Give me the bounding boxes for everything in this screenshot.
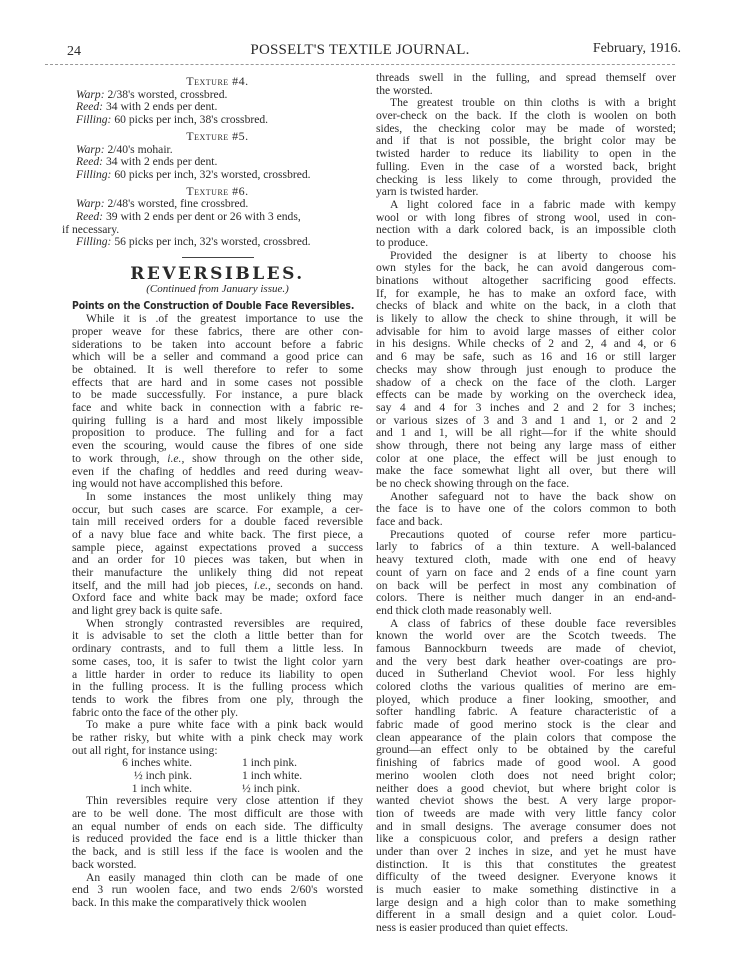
spec-value: 39 with 2 ends per dent or 26 with 3 end… bbox=[103, 210, 301, 223]
spec-label: Filling: bbox=[76, 235, 111, 248]
text-line: colored cloths the various qualities of … bbox=[376, 681, 676, 694]
text-line: colors. There is neither much danger in … bbox=[376, 592, 676, 605]
text-line: out all right, for instance using: bbox=[72, 745, 363, 758]
text-line: checks may show through just enough to p… bbox=[376, 364, 676, 377]
text-line: A light colored face in a fabric made wi… bbox=[376, 199, 676, 212]
spec-value: 60 picks per inch, 32's worsted, crossbr… bbox=[111, 168, 310, 181]
text-line: yarn is twisted harder. bbox=[376, 186, 676, 199]
texture-spec-line: Filling: 56 picks per inch, 32's worsted… bbox=[72, 236, 363, 249]
texture-spec-line: Reed: 39 with 2 ends per dent or 26 with… bbox=[72, 211, 363, 224]
spec-label: Filling: bbox=[76, 113, 111, 126]
text-line: be obtained. It is well therefore to ref… bbox=[72, 364, 363, 377]
text-line: binations without altogether sacrificing… bbox=[376, 275, 676, 288]
text-line: finishing of fabrics made of good wool. … bbox=[376, 757, 676, 770]
check-table-cell: ½ inch pink. bbox=[106, 770, 242, 783]
spec-label: Reed: bbox=[76, 210, 103, 223]
text-line: wanted cheviot shows the best. A very la… bbox=[376, 795, 676, 808]
spec-value: 2/38's worsted, crossbred. bbox=[105, 88, 228, 101]
text-line: ordinary contrasts, and to full them a l… bbox=[72, 643, 363, 656]
check-size-table: 6 inches white.1 inch pink.½ inch pink.1… bbox=[106, 757, 363, 795]
text-line: tion of tweeds are made with very little… bbox=[376, 808, 676, 821]
section-divider bbox=[182, 257, 254, 258]
spec-value: 34 with 2 ends per dent. bbox=[103, 100, 217, 113]
section-heading: Points on the Construction of Double Fac… bbox=[72, 300, 363, 313]
text-line: under than over 2 inches in size, and ye… bbox=[376, 846, 676, 859]
text-line: heavy textured cloth, made with one end … bbox=[376, 554, 676, 567]
text-line: merino woolen cloth does not need bright… bbox=[376, 770, 676, 783]
text-line: show through, there not being any large … bbox=[376, 440, 676, 453]
spec-label: Warp: bbox=[76, 88, 105, 101]
right-column: threads swell in the fulling, and spread… bbox=[376, 72, 676, 935]
page-header: 24 POSSELT'S TEXTILE JOURNAL. February, … bbox=[45, 36, 675, 56]
issue-date: February, 1916. bbox=[593, 41, 681, 57]
text-line: end thick cloth made reasonably well. bbox=[376, 605, 676, 618]
left-body-text: While it is .of the greatest importance … bbox=[72, 313, 363, 757]
spec-value: 56 picks per inch, 32's worsted, crossbr… bbox=[111, 235, 310, 248]
spec-label: Filling: bbox=[76, 168, 111, 181]
text-line: In some instances the most unlikely thin… bbox=[72, 491, 363, 504]
text-line: over-check on the back. If the cloth is … bbox=[376, 110, 676, 123]
spec-value: 34 with 2 ends per dent. bbox=[103, 155, 217, 168]
text-line: end 3 run woolen face, and two ends 2/60… bbox=[72, 884, 363, 897]
text-line: face and back. bbox=[376, 516, 676, 529]
spec-label: Warp: bbox=[76, 143, 105, 156]
text-line: tends to work the fibres from one ply, t… bbox=[72, 694, 363, 707]
texture-spec-line: Filling: 60 picks per inch, 32's worsted… bbox=[72, 169, 363, 182]
text-line: threads swell in the fulling, and spread… bbox=[376, 72, 676, 85]
text-line: of a navy blue face and white back. The … bbox=[72, 529, 363, 542]
texture-spec-line: Filling: 60 picks per inch, 38's crossbr… bbox=[72, 114, 363, 127]
text-line: is likely to allow the check to shine th… bbox=[376, 313, 676, 326]
text-line: their manufacture the unlikely thing did… bbox=[72, 567, 363, 580]
text-line: back worsted. bbox=[72, 859, 363, 872]
article-title: REVERSIBLES. bbox=[72, 268, 363, 281]
text-line: to produce. bbox=[376, 237, 676, 250]
text-line: ing would not have accomplished this bef… bbox=[72, 478, 363, 491]
header-rule bbox=[45, 64, 675, 65]
spec-label: Warp: bbox=[76, 197, 105, 210]
text-line: count of yarn on face and 2 ends of a fi… bbox=[376, 567, 676, 580]
text-line: be no check showing through on the face. bbox=[376, 478, 676, 491]
text-line: twisted harder to reduce its liability t… bbox=[376, 148, 676, 161]
text-line: effects can be made by working on the ov… bbox=[376, 389, 676, 402]
right-body-text: threads swell in the fulling, and spread… bbox=[376, 72, 676, 935]
texture-specs: Texture #4.Warp: 2/38's worsted, crossbr… bbox=[72, 75, 363, 249]
text-line: are to be well done. The most difficult … bbox=[72, 808, 363, 821]
text-line: is much easier to make something distinc… bbox=[376, 884, 676, 897]
text-line: the back, and is still less if the face … bbox=[72, 846, 363, 859]
text-line: even the scouring, would cause the fibre… bbox=[72, 440, 363, 453]
texture-heading: Texture #6. bbox=[72, 185, 363, 198]
text-line: fulling. Even in the case of a worsted b… bbox=[376, 161, 676, 174]
spec-value: 2/40's mohair. bbox=[105, 143, 173, 156]
text-line: famous Bannockburn tweeds are made of ch… bbox=[376, 643, 676, 656]
article-subtitle: (Continued from January issue.) bbox=[72, 283, 363, 296]
text-line: fabric made of good merino stock is the … bbox=[376, 719, 676, 732]
journal-page: 24 POSSELT'S TEXTILE JOURNAL. February, … bbox=[0, 0, 746, 968]
texture-heading: Texture #5. bbox=[72, 130, 363, 143]
spec-label: Reed: bbox=[76, 155, 103, 168]
left-body-text-continued: Thin reversibles require very close atte… bbox=[72, 795, 363, 909]
check-table-cell: 1 inch white. bbox=[242, 770, 362, 783]
text-line: be rather risky, but white with a pink c… bbox=[72, 732, 363, 745]
texture-heading: Texture #4. bbox=[72, 75, 363, 88]
spec-value: 2/48's worsted, fine crossbred. bbox=[105, 197, 249, 210]
text-line: ness is easier produced than quiet effec… bbox=[376, 922, 676, 935]
journal-title: POSSELT'S TEXTILE JOURNAL. bbox=[45, 42, 675, 59]
text-line: back. In this make the comparatively thi… bbox=[72, 897, 363, 910]
text-line: in the fulling process. It is the fullin… bbox=[72, 681, 363, 694]
spec-value: 60 picks per inch, 38's crossbred. bbox=[111, 113, 268, 126]
left-column: Texture #4.Warp: 2/38's worsted, crossbr… bbox=[72, 72, 363, 910]
text-line: proper weave for these fabrics, there ar… bbox=[72, 326, 363, 339]
spec-label: Reed: bbox=[76, 100, 103, 113]
text-line: some cases, too, it is safer to twist th… bbox=[72, 656, 363, 669]
text-line: and 6 may be safe, such as 16 and 16 or … bbox=[376, 351, 676, 364]
text-line: face and white back in connection with a… bbox=[72, 402, 363, 415]
text-line: and light grey back is quite safe. bbox=[72, 605, 363, 618]
text-line: to work through, i.e., show through on t… bbox=[72, 453, 363, 466]
text-line: say 4 and 4 for 3 inches and 2 and 2 for… bbox=[376, 402, 676, 415]
